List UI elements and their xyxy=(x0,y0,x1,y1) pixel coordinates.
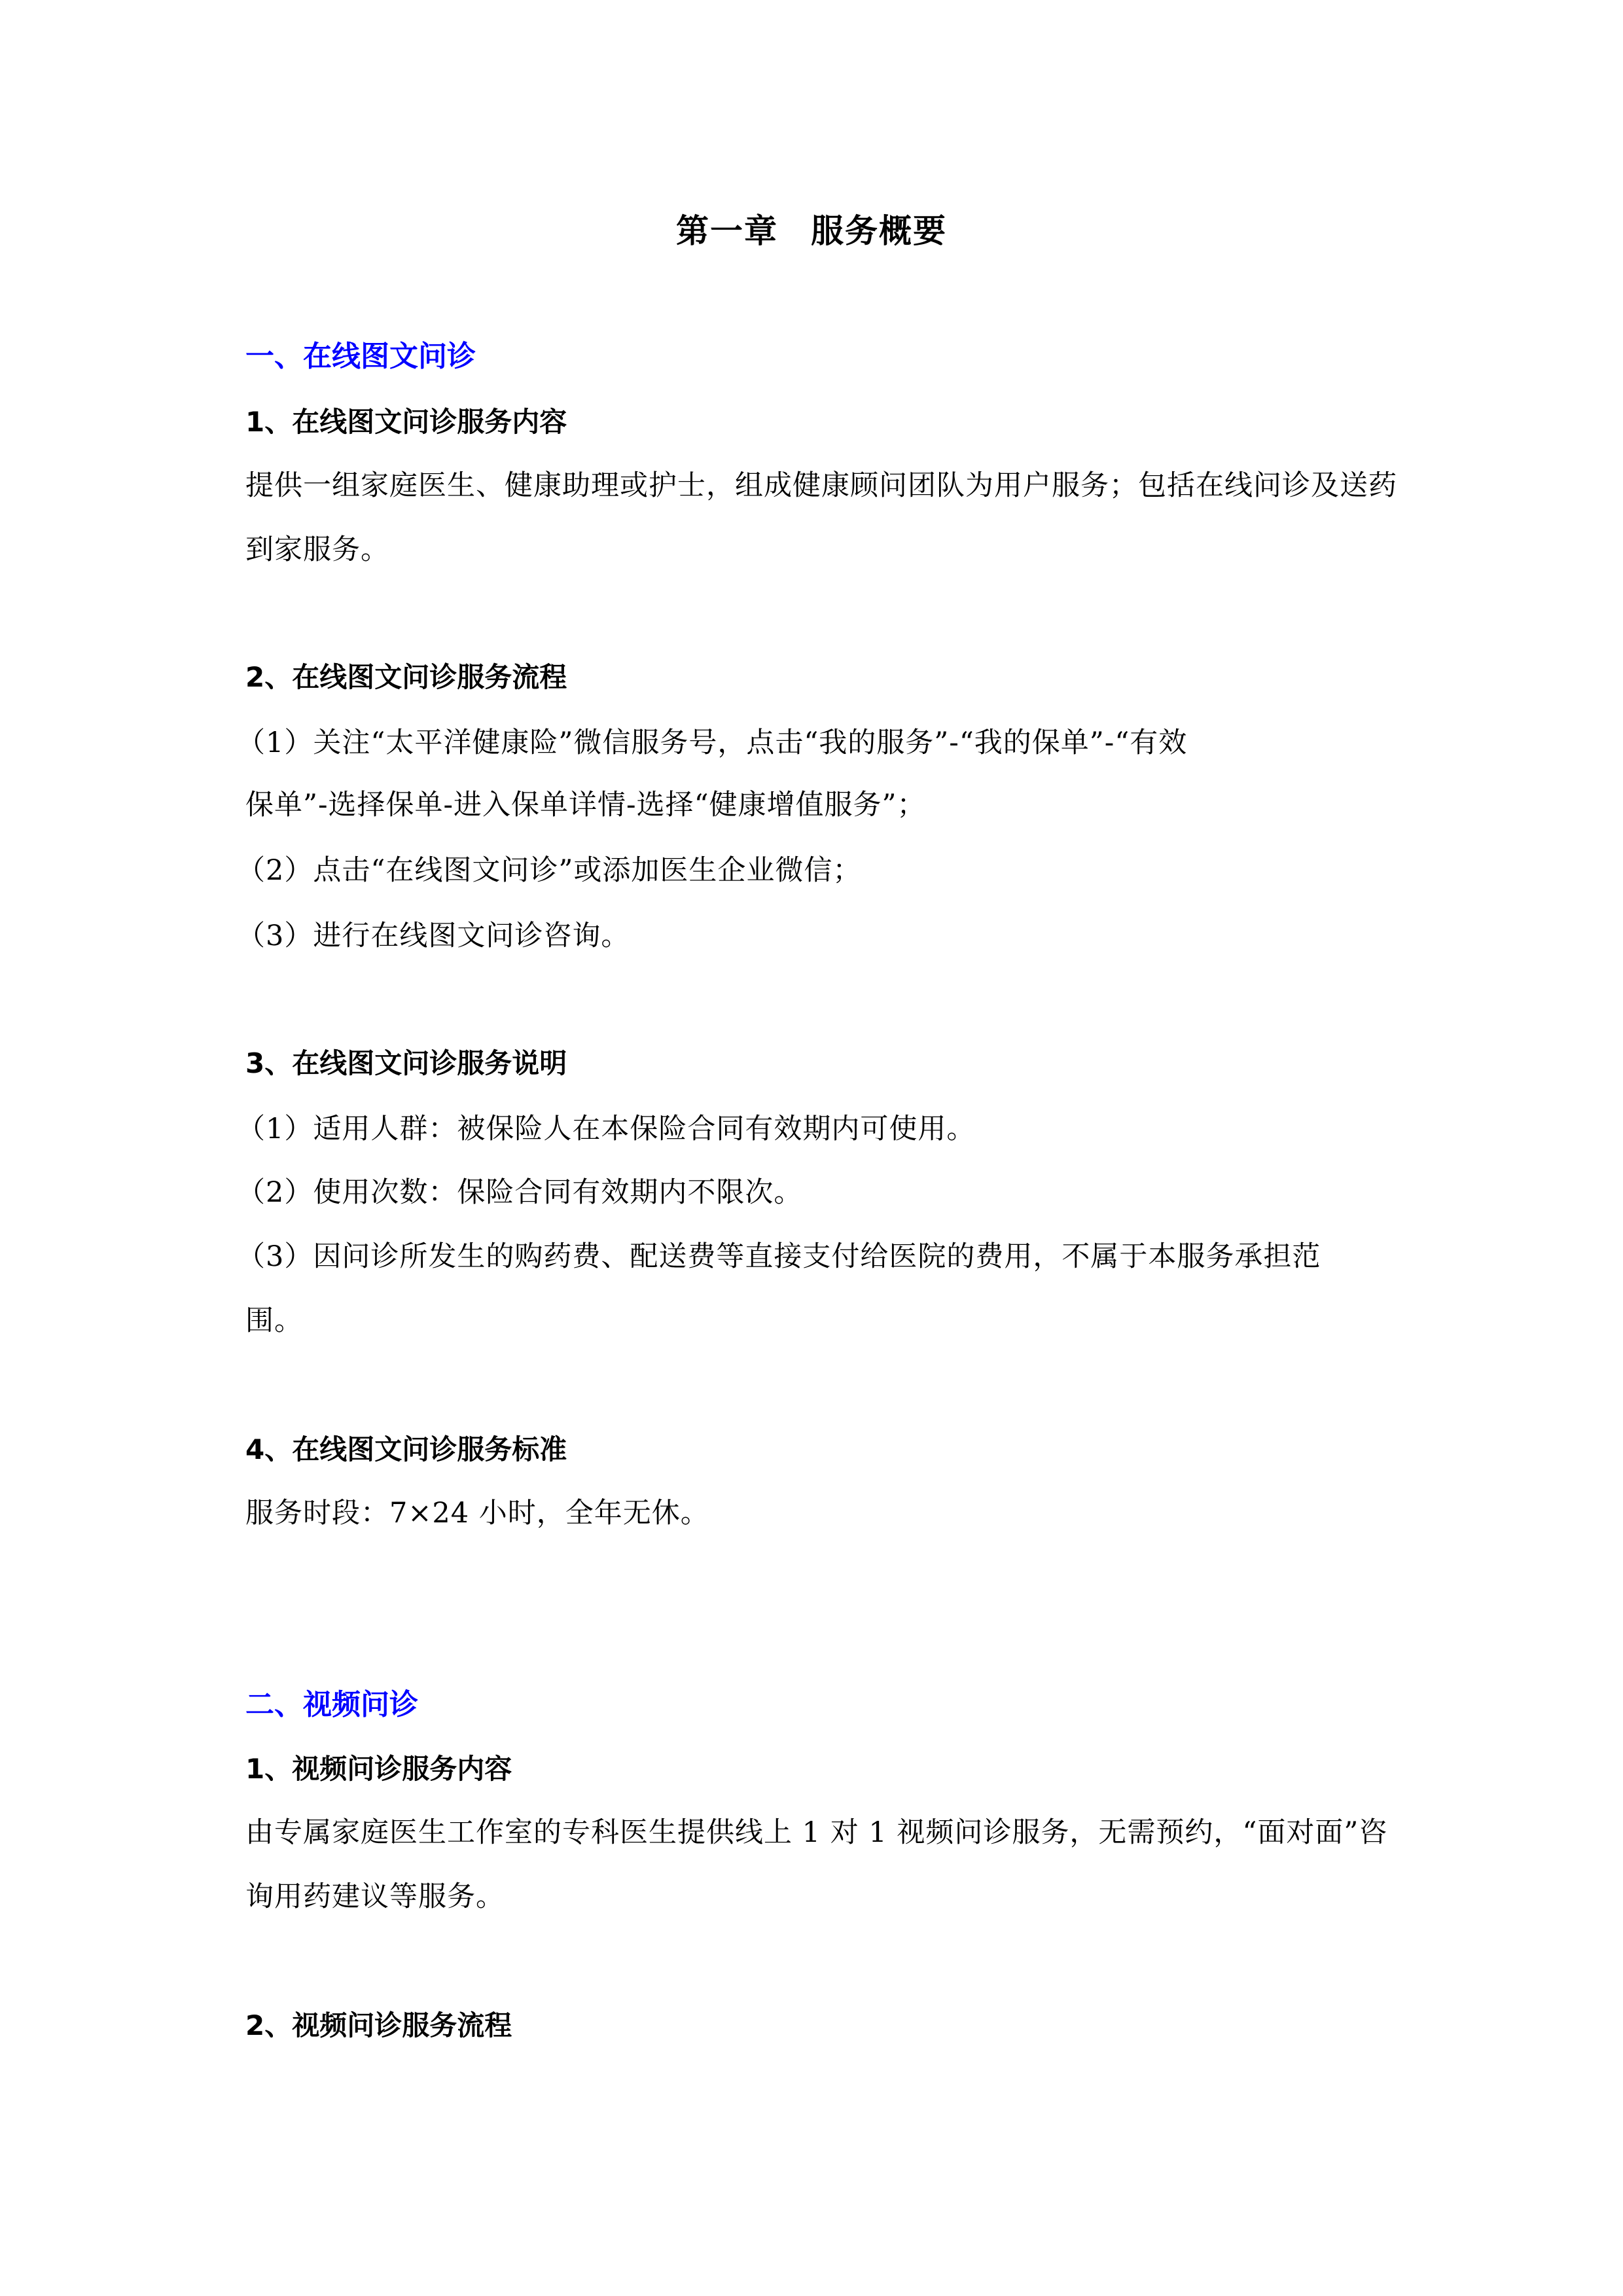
section-heading-video-consult: 二、视频问诊 xyxy=(245,1685,1387,1725)
subsection-heading-content: 1、在线图文问诊服务内容 xyxy=(245,403,1387,442)
note-item-2: （2）使用次数：保险合同有效期内不限次。 xyxy=(237,1173,1379,1212)
section-heading-online-consult: 一、在线图文问诊 xyxy=(245,337,1387,376)
service-hours: 服务时段：7×24 小时，全年无休。 xyxy=(245,1494,1387,1533)
chapter-title: 第一章服务概要 xyxy=(0,208,1623,254)
process-step-1: （1）关注“太平洋健康险”微信服务号，点击“我的服务”-“我的保单”-“有效 xyxy=(237,723,1379,762)
subsection-heading-video-content: 1、视频问诊服务内容 xyxy=(245,1749,1387,1789)
chapter-number: 第一章 xyxy=(676,212,778,250)
note-item-3: （3）因问诊所发生的购药费、配送费等直接支付给医院的费用，不属于本服务承担范 xyxy=(237,1237,1379,1276)
subsection-heading-process: 2、在线图文问诊服务流程 xyxy=(245,658,1387,697)
subsection-heading-notes: 3、在线图文问诊服务说明 xyxy=(245,1044,1387,1083)
note-item-3-cont: 围。 xyxy=(245,1301,1387,1340)
paragraph-line: 到家服务。 xyxy=(245,530,1387,569)
subsection-heading-standard: 4、在线图文问诊服务标准 xyxy=(245,1430,1387,1469)
paragraph-line: 由专属家庭医生工作室的专科医生提供线上 1 对 1 视频问诊服务，无需预约，“面… xyxy=(245,1813,1387,1852)
process-step-1-cont: 保单”-选择保单-进入保单详情-选择“健康增值服务”； xyxy=(245,785,1387,825)
process-step-2: （2）点击“在线图文问诊”或添加医生企业微信； xyxy=(237,851,1379,890)
process-step-3: （3）进行在线图文问诊咨询。 xyxy=(237,916,1379,956)
subsection-heading-video-process: 2、视频问诊服务流程 xyxy=(245,2006,1387,2045)
paragraph-line: 提供一组家庭医生、健康助理或护士，组成健康顾问团队为用户服务；包括在线问诊及送药 xyxy=(245,466,1387,505)
document-page: 第一章服务概要 一、在线图文问诊 1、在线图文问诊服务内容 提供一组家庭医生、健… xyxy=(0,0,1623,2296)
note-item-1: （1）适用人群：被保险人在本保险合同有效期内可使用。 xyxy=(237,1109,1379,1149)
chapter-name: 服务概要 xyxy=(811,212,947,250)
paragraph-line: 询用药建议等服务。 xyxy=(245,1877,1387,1916)
